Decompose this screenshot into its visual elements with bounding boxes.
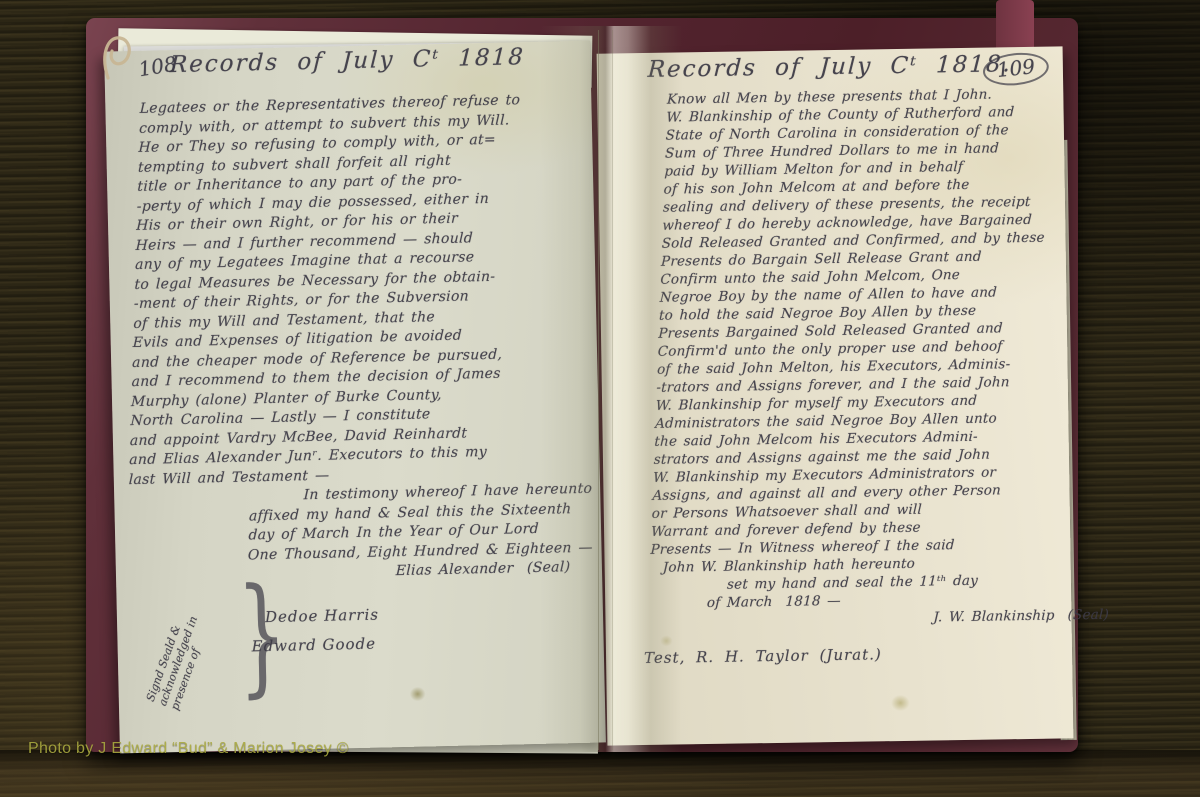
manuscript-body: Legatees or the Representatives thereof …	[125, 90, 589, 588]
binding-crease-line	[598, 30, 599, 750]
binding-crease-line	[612, 30, 613, 750]
witness-signature: Edward Goode	[251, 635, 376, 656]
paperclip	[98, 30, 140, 86]
margin-attestation-note: Signd Seald &acknowledged inpresence of	[144, 578, 224, 712]
book-cover-corner	[996, 0, 1034, 48]
left-page: 108 Records of July Cᵗ 1818 Legatees or …	[104, 41, 606, 754]
clerk-attestation: Test, R. H. Taylor (Jurat.)	[644, 645, 882, 667]
witness-signature: Dedoe Harris	[265, 606, 379, 627]
photo-credit-watermark: Photo by J Edward “Bud” & Marion Josey ©	[28, 740, 349, 758]
photograph-of-record-book: 108 Records of July Cᵗ 1818 Legatees or …	[0, 0, 1200, 797]
manuscript-body: Know all Men by these presents that I Jo…	[648, 84, 1068, 631]
right-page: 109 Records of July Cᵗ 1818. Know all Me…	[597, 46, 1074, 745]
